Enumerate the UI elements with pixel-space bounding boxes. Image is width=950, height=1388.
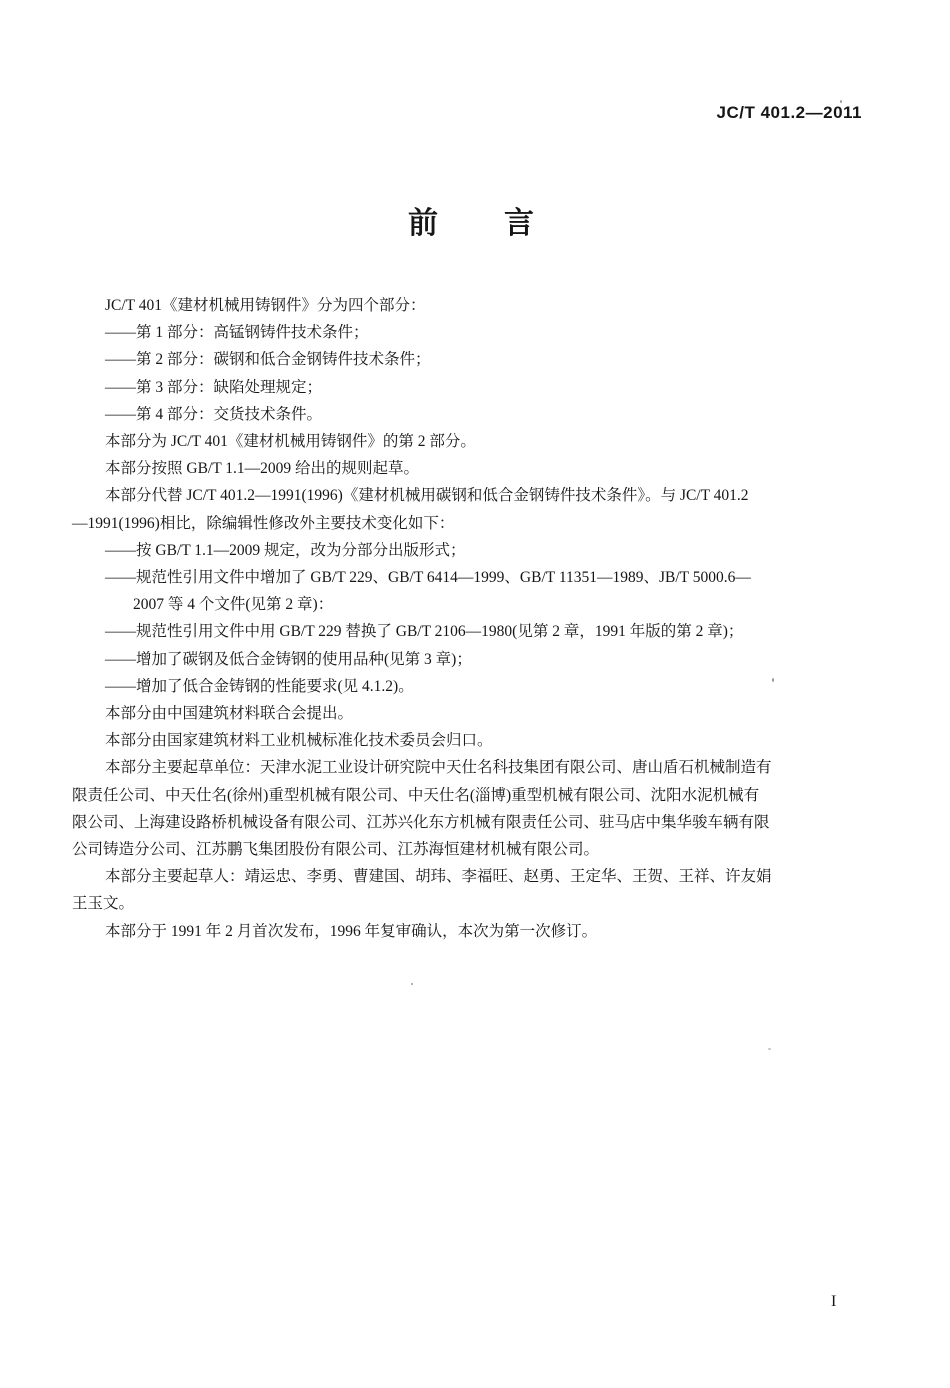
text-line: ——第 3 部分：缺陷处理规定； <box>72 374 874 401</box>
text-line: —1991(1996)相比，除编辑性修改外主要技术变化如下： <box>72 510 874 537</box>
text-line: 本部分为 JC/T 401《建材机械用铸钢件》的第 2 部分。 <box>72 428 874 455</box>
scan-speck <box>411 983 413 985</box>
scan-speck <box>772 678 774 682</box>
scan-speck <box>840 100 842 103</box>
text-line: ——按 GB/T 1.1—2009 规定，改为分部分出版形式； <box>72 537 874 564</box>
body-text: JC/T 401《建材机械用铸钢件》分为四个部分：——第 1 部分：高锰钢铸件技… <box>72 292 874 945</box>
text-line: JC/T 401《建材机械用铸钢件》分为四个部分： <box>72 292 874 319</box>
text-line: 本部分主要起草单位：天津水泥工业设计研究院中天仕名科技集团有限公司、唐山盾石机械… <box>72 754 874 781</box>
text-line: ——增加了碳钢及低合金铸钢的使用品种(见第 3 章)； <box>72 646 874 673</box>
text-line: 本部分主要起草人：靖运忠、李勇、曹建国、胡玮、李福旺、赵勇、王定华、王贺、王祥、… <box>72 863 874 890</box>
text-line: 本部分代替 JC/T 401.2—1991(1996)《建材机械用碳钢和低合金钢… <box>72 482 874 509</box>
text-line: ——增加了低合金铸钢的性能要求(见 4.1.2)。 <box>72 673 874 700</box>
text-line: 王玉文。 <box>72 890 874 917</box>
text-line: 2007 等 4 个文件(见第 2 章)： <box>72 591 874 618</box>
text-line: ——第 4 部分：交货技术条件。 <box>72 401 874 428</box>
text-line: ——第 2 部分：碳钢和低合金钢铸件技术条件； <box>72 346 874 373</box>
standard-code: JC/T 401.2—2011 <box>717 103 862 123</box>
text-line: 限公司、上海建设路桥机械设备有限公司、江苏兴化东方机械有限责任公司、驻马店中集华… <box>72 809 874 836</box>
scan-speck <box>768 1048 771 1050</box>
document-page: JC/T 401.2—2011 前 言 JC/T 401《建材机械用铸钢件》分为… <box>0 0 950 1388</box>
text-line: ——规范性引用文件中增加了 GB/T 229、GB/T 6414—1999、GB… <box>72 564 874 591</box>
text-line: ——第 1 部分：高锰钢铸件技术条件； <box>72 319 874 346</box>
text-line: 本部分于 1991 年 2 月首次发布，1996 年复审确认，本次为第一次修订。 <box>72 918 874 945</box>
text-line: ——规范性引用文件中用 GB/T 229 替换了 GB/T 2106—1980(… <box>72 618 874 645</box>
page-title: 前 言 <box>72 198 872 242</box>
page-number: I <box>831 1293 836 1311</box>
text-line: 本部分由中国建筑材料联合会提出。 <box>72 700 874 727</box>
text-line: 公司铸造分公司、江苏鹏飞集团股份有限公司、江苏海恒建材机械有限公司。 <box>72 836 874 863</box>
text-line: 本部分按照 GB/T 1.1—2009 给出的规则起草。 <box>72 455 874 482</box>
text-line: 限责任公司、中天仕名(徐州)重型机械有限公司、中天仕名(淄博)重型机械有限公司、… <box>72 782 874 809</box>
text-line: 本部分由国家建筑材料工业机械标准化技术委员会归口。 <box>72 727 874 754</box>
